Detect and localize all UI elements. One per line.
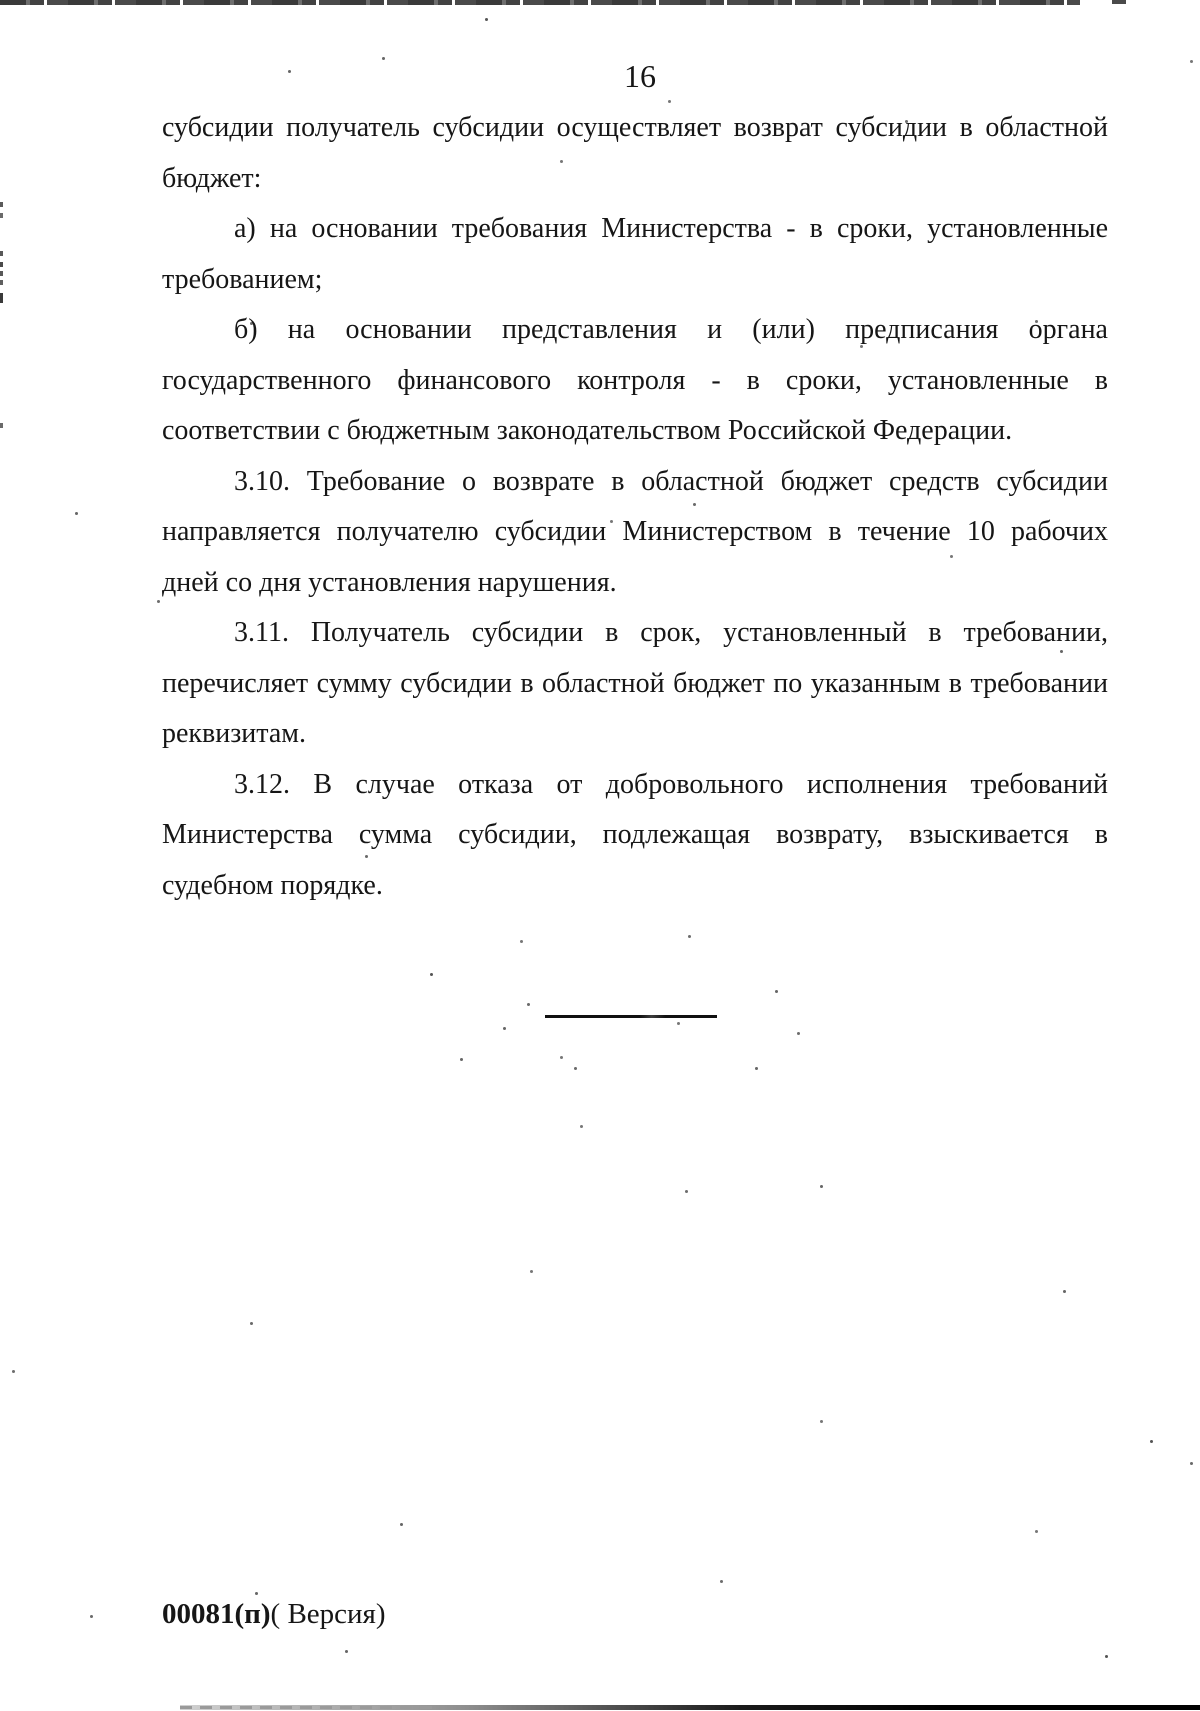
text-line: 3.12. В случае отказа от добровольного и… bbox=[162, 760, 1108, 811]
text-line: 3.10. Требование о возврате в областной … bbox=[162, 457, 1108, 508]
text-line: реквизитам. bbox=[162, 709, 1108, 760]
paragraph-item-a: а) на основании требования Министерства … bbox=[162, 204, 1108, 305]
text-line: направляется получателю субсидии Министе… bbox=[162, 507, 1108, 558]
page-number: 16 bbox=[560, 56, 720, 96]
scan-noise-specks bbox=[485, 18, 488, 21]
text-line: б) на основании представления и (или) пр… bbox=[162, 305, 1108, 356]
text-line: государственного финансового контроля - … bbox=[162, 356, 1108, 407]
text-line: а) на основании требования Министерства … bbox=[162, 204, 1108, 255]
paragraph-3-12: 3.12. В случае отказа от добровольного и… bbox=[162, 760, 1108, 912]
section-divider bbox=[545, 1015, 717, 1018]
text-line: дней со дня установления нарушения. bbox=[162, 558, 1108, 609]
text-line: требованием; bbox=[162, 255, 1108, 306]
paragraph-item-b: б) на основании представления и (или) пр… bbox=[162, 305, 1108, 457]
paragraph-3-11: 3.11. Получатель субсидии в срок, устано… bbox=[162, 608, 1108, 760]
text-line: бюджет: bbox=[162, 154, 1108, 205]
text-line: судебном порядке. bbox=[162, 861, 1108, 912]
footer-version-label: ( Версия) bbox=[271, 1598, 386, 1630]
document-body: субсидии получатель субсидии осуществляе… bbox=[162, 103, 1108, 911]
text-line: субсидии получатель субсидии осуществляе… bbox=[162, 103, 1108, 154]
text-line: Министерства сумма субсидии, подлежащая … bbox=[162, 810, 1108, 861]
text-line: соответствии с бюджетным законодательств… bbox=[162, 406, 1108, 457]
text-line: 3.11. Получатель субсидии в срок, устано… bbox=[162, 608, 1108, 659]
document-code: 00081(п) bbox=[162, 1598, 271, 1630]
scan-artifact-left-edge-marks bbox=[0, 202, 3, 207]
text-line: перечисляет сумму субсидии в областной б… bbox=[162, 659, 1108, 710]
scan-artifact-top-edge-fragment bbox=[1112, 0, 1126, 4]
paragraph-continuation: субсидии получатель субсидии осуществляе… bbox=[162, 103, 1108, 204]
scan-artifact-top-edge bbox=[0, 0, 1080, 5]
footer: 00081(п)( Версия) bbox=[162, 1596, 386, 1632]
paragraph-3-10: 3.10. Требование о возврате в областной … bbox=[162, 457, 1108, 609]
scan-artifact-bottom-dashes bbox=[180, 1706, 440, 1709]
